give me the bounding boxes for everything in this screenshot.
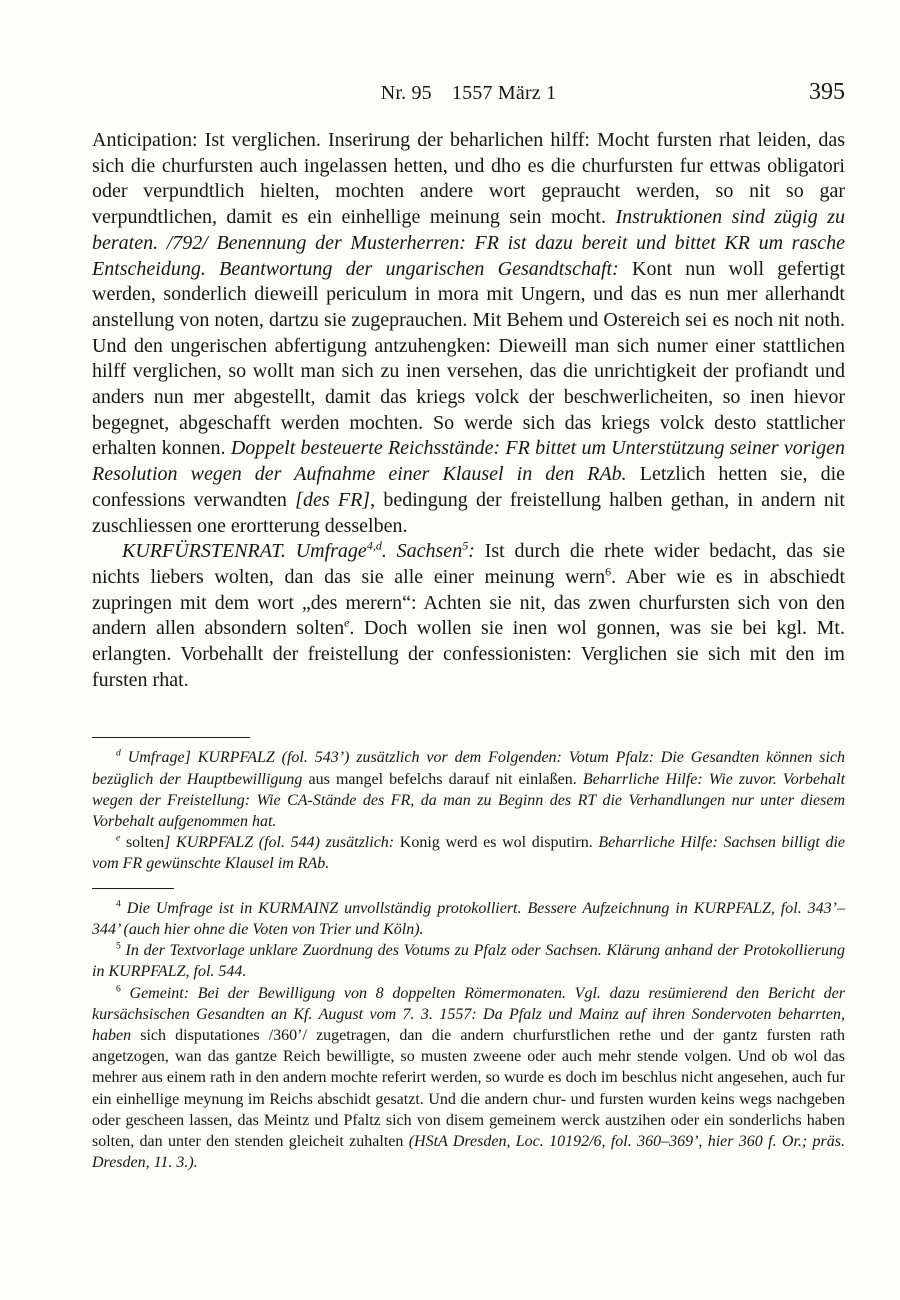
doc-date: 1557 März 1 xyxy=(452,82,556,104)
paragraph-anticipation: Anticipation: Ist verglichen. Inserirung… xyxy=(92,128,845,539)
footnote-e: e solten] KURPFALZ (fol. 544) zusätzlich… xyxy=(92,832,845,874)
footnote-4-text: Die Umfrage ist in KURMAINZ unvollständi… xyxy=(92,900,845,938)
footnote-d: d Umfrage] KURPFALZ (fol. 543’) zusätzli… xyxy=(92,747,845,832)
running-title: Nr. 951557 März 1 xyxy=(92,82,845,105)
footnote-e-text: solten] KURPFALZ (fol. 544) zusätzlich: … xyxy=(92,834,845,872)
doc-number: Nr. 95 xyxy=(381,82,432,104)
footnote-5: 5 In der Textvorlage unklare Zuordnung d… xyxy=(92,940,845,982)
page-number: 395 xyxy=(809,79,845,106)
footnote-6: 6 Gemeint: Bei der Bewilligung von 8 dop… xyxy=(92,983,845,1174)
footnote-4: 4 Die Umfrage ist in KURMAINZ unvollstän… xyxy=(92,898,845,940)
footnote-5-text: In der Textvorlage unklare Zuordnung des… xyxy=(92,942,845,980)
footnote-d-text: Umfrage] KURPFALZ (fol. 543’) zusätzlich… xyxy=(92,749,845,830)
main-text: Anticipation: Ist verglichen. Inserirung… xyxy=(92,128,845,693)
letter-footnotes-section: d Umfrage] KURPFALZ (fol. 543’) zusätzli… xyxy=(92,737,845,874)
page-header: Nr. 951557 März 1 395 xyxy=(92,82,845,112)
paragraph-kurfuerstenrat: KURFÜRSTENRAT. Umfrage4,d. Sachsen5: Ist… xyxy=(92,539,845,693)
number-footnotes-section: 4 Die Umfrage ist in KURMAINZ unvollstän… xyxy=(92,888,845,1174)
book-page: Nr. 951557 März 1 395 Anticipation: Ist … xyxy=(0,0,900,1300)
footnote-6-text: Gemeint: Bei der Bewilligung von 8 doppe… xyxy=(92,985,845,1172)
footnote-separator-rule-letters xyxy=(92,737,250,738)
text-block: Nr. 951557 März 1 395 Anticipation: Ist … xyxy=(92,0,845,1173)
footnote-separator-rule-numbers xyxy=(92,888,174,889)
